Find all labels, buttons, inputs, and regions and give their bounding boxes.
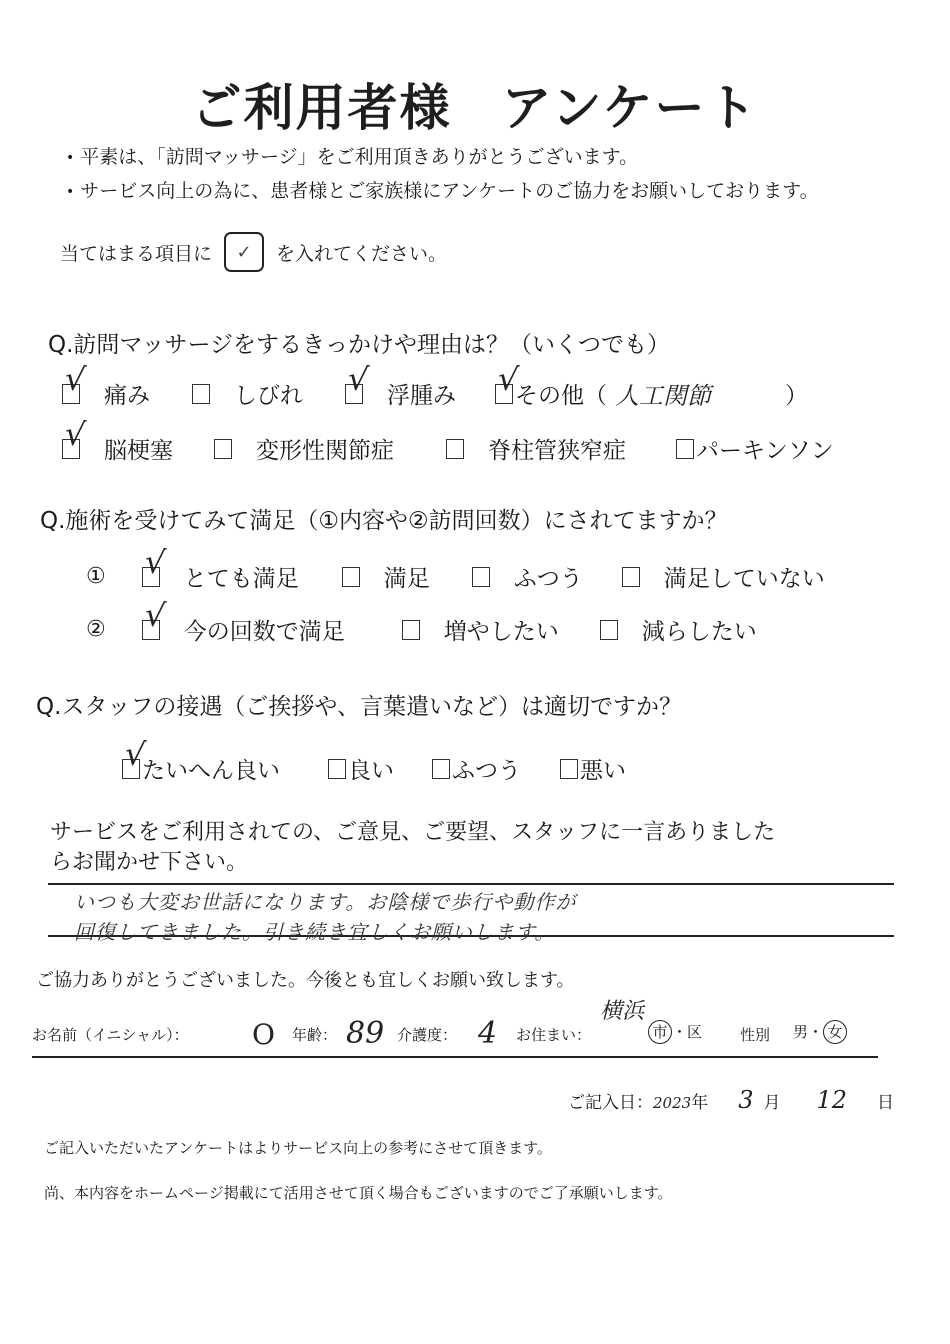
check-mark-icon: √ (496, 362, 520, 396)
option-average[interactable]: ふつう (472, 560, 622, 593)
comment-answer-line-2[interactable]: 回復してきました。引き続き宜しくお願いします。 (74, 916, 555, 945)
footer-note-2: 尚、本内容をホームページ掲載にて活用させて頂く場合もございますのでご了承願いしま… (44, 1182, 673, 1203)
option-stroke[interactable]: √ 脳梗塞 (62, 432, 214, 465)
title-part2: アンケート (502, 79, 759, 137)
checkbox-average[interactable] (472, 567, 490, 587)
option-spinal-stenosis[interactable]: 脊柱管狭窄症 (446, 432, 676, 465)
date-label: ご記入日： (568, 1088, 653, 1113)
address-value[interactable]: 横浜 (600, 994, 644, 1025)
age-value[interactable]: 89 (346, 1016, 384, 1051)
option-normal[interactable]: ふつう (432, 752, 560, 785)
address-type: 市・区 (648, 1020, 702, 1044)
gender-label: 性別 (740, 1024, 770, 1045)
checkbox-very-good[interactable]: √ (122, 759, 140, 779)
address-label: お住まい： (516, 1024, 591, 1045)
checkbox-very-satisfied[interactable]: √ (142, 567, 160, 587)
care-level-value[interactable]: 4 (478, 1016, 497, 1051)
option-satisfied[interactable]: 満足 (342, 560, 472, 593)
checkbox-bad[interactable] (560, 759, 578, 779)
q3-options: √ たいへん良い 良い ふつう 悪い (122, 752, 626, 785)
page-title: ご利用者様アンケート (0, 68, 950, 140)
option-not-satisfied[interactable]: 満足していない (622, 560, 825, 593)
option-bad[interactable]: 悪い (560, 752, 626, 785)
option-good[interactable]: 良い (328, 752, 432, 785)
name-label: お名前（イニシャル）： (32, 1024, 189, 1045)
check-mark-icon: √ (143, 598, 167, 632)
checkbox-current-frequency[interactable]: √ (142, 620, 160, 640)
entry-date: ご記入日： 2023 年 3 月 12 日 (568, 1086, 894, 1114)
checkbox-numbness[interactable] (192, 384, 210, 404)
option-current-frequency[interactable]: √ 今の回数で満足 (142, 613, 402, 646)
comment-line-1 (48, 883, 894, 885)
check-mark-icon: √ (63, 417, 87, 451)
checkbox-stroke[interactable]: √ (62, 439, 80, 459)
question-1: Q.訪問マッサージをするきっかけや理由は？（いくつでも） (48, 326, 670, 359)
instruction-text-after: を入れてください。 (276, 239, 447, 266)
comment-answer-line-1[interactable]: いつも大変お世話になります。お陰様で歩行や動作が (74, 886, 576, 915)
city-option-circled[interactable]: 市 (648, 1020, 672, 1044)
question-3: Q.スタッフの接遇（ご挨拶や、言葉遣いなど）は適切ですか？ (36, 688, 682, 721)
checkbox-normal[interactable] (432, 759, 450, 779)
checkbox-other[interactable]: √ (495, 384, 513, 404)
checkbox-increase[interactable] (402, 620, 420, 640)
instruction: 当てはまる項目に ✓ を入れてください。 (60, 232, 447, 272)
title-part1: ご利用者様 (192, 79, 452, 137)
check-mark-icon: √ (63, 362, 87, 396)
option-osteoarthritis[interactable]: 変形性関節症 (214, 432, 446, 465)
checkbox-spinal-stenosis[interactable] (446, 439, 464, 459)
comments-prompt-line-2: らお聞かせ下さい。 (50, 845, 248, 876)
option-edema[interactable]: √ 浮腫み (345, 377, 495, 410)
q2-row-frequency: ② √ 今の回数で満足 増やしたい 減らしたい (86, 613, 757, 646)
check-mark-icon: √ (123, 737, 147, 771)
option-pain[interactable]: √ 痛み (62, 377, 192, 410)
intro-line-2: サービス向上の為に、患者様とご家族様にアンケートのご協力をお願いしております。 (66, 176, 819, 203)
option-parkinson[interactable]: パーキンソン (676, 432, 834, 465)
date-month[interactable]: 3 (738, 1086, 753, 1114)
option-very-good[interactable]: √ たいへん良い (122, 752, 328, 785)
checkbox-satisfied[interactable] (342, 567, 360, 587)
option-numbness[interactable]: しびれ (192, 377, 345, 410)
date-day[interactable]: 12 (816, 1086, 847, 1114)
checkbox-not-satisfied[interactable] (622, 567, 640, 587)
option-increase[interactable]: 増やしたい (402, 613, 600, 646)
option-other[interactable]: √ その他（ 人工関節 ） (495, 376, 808, 411)
gender-options: 男・女 (793, 1020, 847, 1044)
q1-row-2: √ 脳梗塞 変形性関節症 脊柱管狭窄症 パーキンソン (62, 432, 834, 465)
option-very-satisfied[interactable]: √ とても満足 (142, 560, 342, 593)
checkbox-pain[interactable]: √ (62, 384, 80, 404)
ward-option[interactable]: 区 (687, 1023, 702, 1041)
q2-row-content: ① √ とても満足 満足 ふつう 満足していない (86, 560, 825, 593)
q1-row-1: √ 痛み しびれ √ 浮腫み √ その他（ 人工関節 ） (62, 376, 808, 411)
checkbox-example-icon: ✓ (224, 232, 264, 272)
name-value[interactable]: O (252, 1018, 275, 1051)
gender-male-option[interactable]: 男 (793, 1023, 808, 1041)
comments-prompt-line-1: サービスをご利用されての、ご意見、ご要望、スタッフに一言ありました (50, 815, 775, 846)
marker-1: ① (86, 564, 106, 589)
checkbox-osteoarthritis[interactable] (214, 439, 232, 459)
thanks-message: ご協力ありがとうございました。今後とも宜しくお願い致します。 (36, 966, 575, 992)
instruction-text-before: 当てはまる項目に (60, 239, 212, 266)
question-2: Q.施術を受けてみて満足（①内容や②訪問回数）にされてますか？ (40, 502, 728, 535)
check-mark-icon: √ (143, 545, 167, 579)
checkbox-edema[interactable]: √ (345, 384, 363, 404)
date-year[interactable]: 2023 (653, 1094, 691, 1112)
care-level-label: 介護度： (397, 1024, 457, 1045)
option-decrease[interactable]: 減らしたい (600, 613, 757, 646)
check-mark-icon: √ (346, 362, 370, 396)
footer-note-1: ご記入いただいたアンケートはよりサービス向上の参考にさせて頂きます。 (44, 1137, 552, 1158)
checkbox-parkinson[interactable] (676, 439, 694, 459)
intro-line-1: 平素は、「訪問マッサージ」をご利用頂きありがとうございます。 (66, 142, 638, 169)
checkbox-good[interactable] (328, 759, 346, 779)
marker-2: ② (86, 617, 106, 642)
info-underline (32, 1056, 878, 1058)
other-reason-value[interactable]: 人工関節 (615, 376, 785, 411)
gender-female-option-circled[interactable]: 女 (823, 1020, 847, 1044)
checkbox-decrease[interactable] (600, 620, 618, 640)
age-label: 年齢： (292, 1024, 337, 1045)
